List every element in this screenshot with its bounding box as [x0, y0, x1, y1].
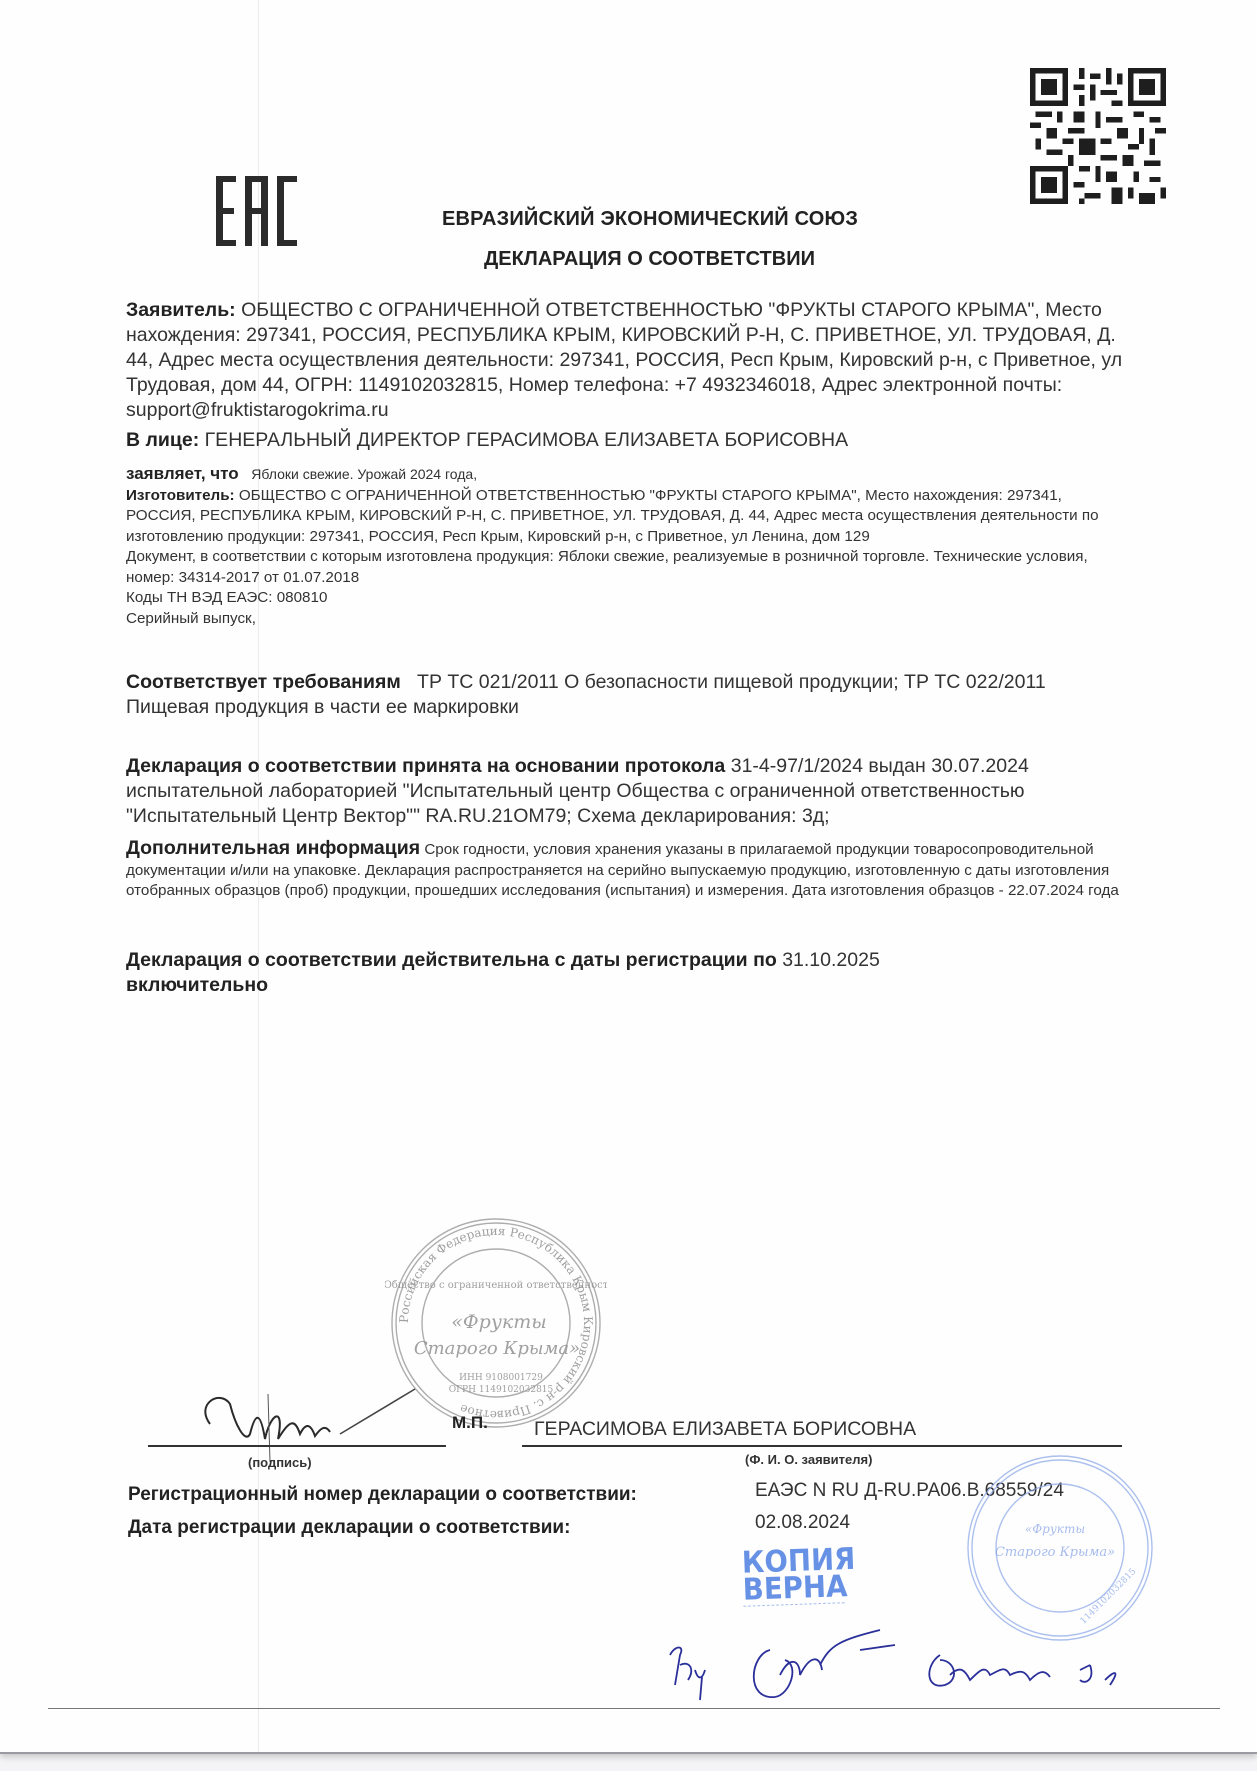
- signer-name-caption: (Ф. И. О. заявителя): [745, 1452, 872, 1467]
- svg-text:«Фрукты: «Фрукты: [451, 1311, 546, 1333]
- company-seal-blue-icon: «Фрукты Старого Крыма» 1149102032815: [960, 1448, 1160, 1648]
- product-text: Яблоки свежие. Урожай 2024 года,: [251, 466, 477, 482]
- bottom-rule: [48, 1708, 1220, 1709]
- svg-text:ОГРН 1149102032815: ОГРН 1149102032815: [449, 1385, 554, 1395]
- representative-text: ГЕНЕРАЛЬНЫЙ ДИРЕКТОР ГЕРАСИМОВА ЕЛИЗАВЕТ…: [205, 429, 849, 451]
- signature-line: [148, 1445, 446, 1447]
- protocol-label: Декларация о соответствии принята на осн…: [126, 755, 725, 777]
- declaration-page: ЕВРАЗИЙСКИЙ ЭКОНОМИЧЕСКИЙ СОЮЗ ДЕКЛАРАЦИ…: [0, 0, 1257, 1754]
- signature-caption: (подпись): [248, 1455, 312, 1470]
- svg-text:1149102032815: 1149102032815: [1079, 1567, 1139, 1627]
- svg-text:ИНН 9108001729: ИНН 9108001729: [459, 1373, 543, 1383]
- hs-codes: Коды ТН ВЭД ЕАЭС: 080810: [126, 588, 1126, 609]
- manufacturer-label: Изготовитель:: [126, 487, 235, 504]
- document-basis: Документ, в соответствии с которым изгот…: [126, 547, 1126, 588]
- applicant-text: ОБЩЕСТВО С ОГРАНИЧЕННОЙ ОТВЕТСТВЕННОСТЬЮ…: [126, 299, 1122, 421]
- validity-label: Декларация о соответствии действительна …: [126, 949, 777, 971]
- signer-name-line: [522, 1445, 1122, 1447]
- release-type: Серийный выпуск,: [126, 609, 1126, 630]
- registration-date-label: Дата регистрации декларации о соответств…: [128, 1517, 570, 1539]
- validity-section: Декларация о соответствии действительна …: [126, 948, 1026, 998]
- registration-number-label: Регистрационный номер декларации о соотв…: [128, 1484, 637, 1506]
- additional-info-section: Дополнительная информация Срок годности,…: [126, 838, 1126, 902]
- applicant-section: Заявитель: ОБЩЕСТВО С ОГРАНИЧЕННОЙ ОТВЕТ…: [126, 298, 1126, 423]
- director-signature-icon: [190, 1384, 420, 1464]
- copy-certification-signature-icon: [650, 1625, 1210, 1705]
- registration-date: 02.08.2024: [755, 1512, 850, 1534]
- svg-text:Старого Крыма»: Старого Крыма»: [995, 1545, 1115, 1560]
- document-title: ДЕКЛАРАЦИЯ О СООТВЕТСТВИИ: [484, 248, 815, 271]
- validity-date: 31.10.2025: [782, 949, 880, 971]
- manufacturer-text: ОБЩЕСТВО С ОГРАНИЧЕННОЙ ОТВЕТСТВЕННОСТЬЮ…: [126, 487, 1099, 545]
- qr-code-icon[interactable]: [1030, 68, 1166, 204]
- applicant-label: Заявитель:: [126, 299, 236, 321]
- additional-info-label: Дополнительная информация: [126, 837, 420, 859]
- seal-place-label: М.П.: [452, 1413, 488, 1433]
- copy-verified-stamp: КОПИЯ ВЕРНА: [741, 1546, 844, 1606]
- validity-suffix: включительно: [126, 974, 268, 996]
- representative-label: В лице:: [126, 429, 199, 451]
- compliance-section: Соответствует требованиям ТР ТС 021/2011…: [126, 670, 1126, 720]
- declares-section: заявляет, что Яблоки свежие. Урожай 2024…: [126, 464, 1126, 629]
- representative-section: В лице: ГЕНЕРАЛЬНЫЙ ДИРЕКТОР ГЕРАСИМОВА …: [126, 428, 1126, 453]
- eac-logo-icon: [216, 176, 298, 246]
- union-title: ЕВРАЗИЙСКИЙ ЭКОНОМИЧЕСКИЙ СОЮЗ: [442, 208, 858, 231]
- svg-text:Старого Крыма»: Старого Крыма»: [414, 1338, 580, 1359]
- signer-name: ГЕРАСИМОВА ЕЛИЗАВЕТА БОРИСОВНА: [534, 1418, 916, 1441]
- protocol-section: Декларация о соответствии принята на осн…: [126, 754, 1166, 829]
- declares-label: заявляет, что: [126, 464, 239, 483]
- compliance-label: Соответствует требованиям: [126, 671, 401, 693]
- svg-text:Общество с ограниченной ответс: Общество с ограниченной ответственностью: [385, 1280, 607, 1291]
- svg-text:«Фрукты: «Фрукты: [1025, 1522, 1085, 1536]
